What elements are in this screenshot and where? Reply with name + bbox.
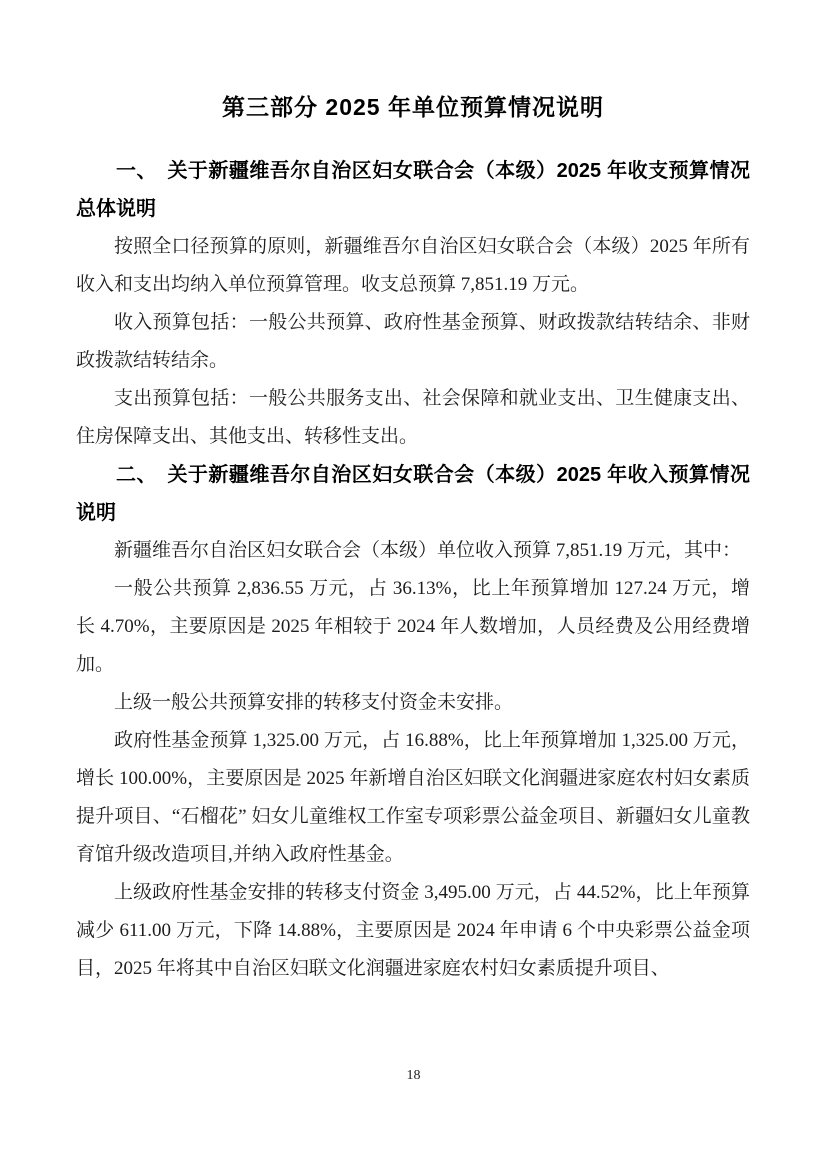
paragraph: 支出预算包括：一般公共服务支出、社会保障和就业支出、卫生健康支出、住房保障支出、… xyxy=(76,380,750,456)
paragraph: 上级一般公共预算安排的转移支付资金未安排。 xyxy=(76,684,750,722)
paragraph: 一般公共预算 2,836.55 万元，占 36.13%，比上年预算增加 127.… xyxy=(76,570,750,684)
paragraph: 新疆维吾尔自治区妇女联合会（本级）单位收入预算 7,851.19 万元，其中： xyxy=(76,532,750,570)
paragraph: 按照全口径预算的原则，新疆维吾尔自治区妇女联合会（本级）2025 年所有收入和支… xyxy=(76,228,750,304)
paragraph: 政府性基金预算 1,325.00 万元，占 16.88%，比上年预算增加 1,3… xyxy=(76,722,750,874)
section-heading-2: 二、 关于新疆维吾尔自治区妇女联合会（本级）2025 年收入预算情况说明 xyxy=(76,456,750,532)
paragraph: 上级政府性基金安排的转移支付资金 3,495.00 万元，占 44.52%，比上… xyxy=(76,874,750,988)
page-number: 18 xyxy=(0,1066,827,1086)
paragraph: 收入预算包括：一般公共预算、政府性基金预算、财政拨款结转结余、非财政拨款结转结余… xyxy=(76,304,750,380)
document-body: 一、 关于新疆维吾尔自治区妇女联合会（本级）2025 年收支预算情况总体说明 按… xyxy=(76,152,750,988)
page-title: 第三部分 2025 年单位预算情况说明 xyxy=(76,92,750,122)
document-page: 第三部分 2025 年单位预算情况说明 一、 关于新疆维吾尔自治区妇女联合会（本… xyxy=(0,0,827,1170)
section-heading-1: 一、 关于新疆维吾尔自治区妇女联合会（本级）2025 年收支预算情况总体说明 xyxy=(76,152,750,228)
